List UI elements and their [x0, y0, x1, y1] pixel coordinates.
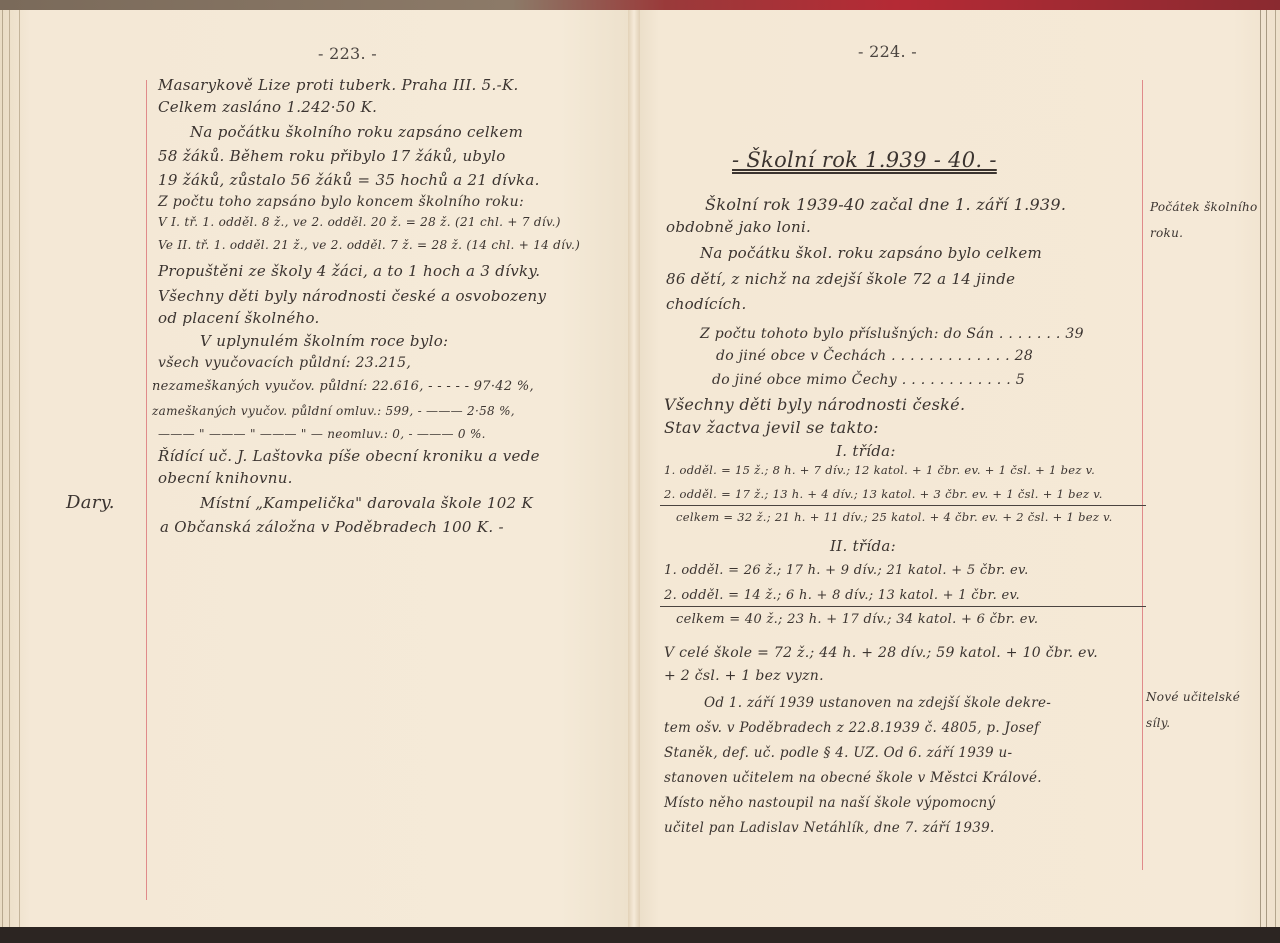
scan-background [0, 927, 1280, 943]
text-line: V uplynulém školním roce bylo: [200, 332, 448, 350]
text-line: všech vyučovacích půldní: 23.215, [158, 355, 411, 371]
text-line: 19 žáků, zůstalo 56 žáků = 35 hochů a 21… [158, 171, 540, 189]
text-line: chodících. [666, 295, 747, 313]
margin-note: Počátek školního [1150, 200, 1258, 214]
text-line: Celkem zasláno 1.242·50 K. [158, 98, 377, 116]
margin-note: roku. [1150, 226, 1183, 240]
text-line: ——— " ——— " ——— " — neomluv.: 0, - ——— 0… [158, 427, 486, 441]
right-page-edges [1260, 10, 1276, 927]
margin-note-dary: Dary. [66, 492, 115, 513]
margin-note: Nové učitelské [1146, 690, 1240, 704]
class-1-heading: I. třída: [836, 442, 896, 460]
text-line: 86 dětí, z nichž na zdejší škole 72 a 14… [666, 270, 1015, 288]
school-summary: + 2 čsl. + 1 bez vyzn. [664, 668, 824, 684]
text-line: Z počtu tohoto bylo příslušných: do Sán … [700, 326, 1084, 342]
text-line: Stav žactva jevil se takto: [664, 418, 879, 437]
text-line: tem ošv. v Poděbradech z 22.8.1939 č. 48… [664, 720, 1039, 736]
right-margin-line [1142, 80, 1143, 870]
text-line: do jiné obce v Čechách . . . . . . . . .… [716, 348, 1033, 364]
class-1-total-rule [660, 505, 1146, 506]
text-line: od placení školného. [158, 309, 320, 327]
text-line: Masarykově Lize proti tuberk. Praha III.… [158, 76, 519, 94]
class-2-row: 2. odděl. = 14 ž.; 6 h. + 8 dív.; 13 kat… [664, 588, 1020, 603]
text-line: 58 žáků. Během roku přibylo 17 žáků, uby… [158, 147, 506, 165]
text-line: Školní rok 1939-40 začal dne 1. září 1.9… [705, 195, 1066, 214]
text-line: do jiné obce mimo Čechy . . . . . . . . … [712, 372, 1025, 388]
text-line: Řídící uč. J. Laštovka píše obecní kroni… [158, 447, 540, 465]
text-line: nezameškaných vyučov. půldní: 22.616, - … [152, 379, 534, 394]
text-line: Staněk, def. uč. podle § 4. UZ. Od 6. zá… [664, 745, 1012, 761]
text-line: učitel pan Ladislav Netáhlík, dne 7. zář… [664, 820, 995, 836]
text-line: Všechny děti byly národnosti české. [664, 395, 965, 414]
text-line: Od 1. září 1939 ustanoven na zdejší škol… [704, 695, 1051, 711]
text-line: Propuštěni ze školy 4 žáci, a to 1 hoch … [158, 262, 540, 280]
margin-note: síly. [1146, 716, 1170, 730]
left-page-edges [2, 10, 20, 927]
text-line: obdobně jako loni. [666, 218, 811, 236]
text-line: Ve II. tř. 1. odděl. 21 ž., ve 2. odděl.… [158, 238, 580, 252]
class-2-row: 1. odděl. = 26 ž.; 17 h. + 9 dív.; 21 ka… [664, 563, 1029, 578]
text-line: Místní „Kampelička" darovala škole 102 K [200, 494, 533, 512]
school-summary: V celé škole = 72 ž.; 44 h. + 28 dív.; 5… [664, 645, 1098, 661]
text-line: obecní knihovnu. [158, 469, 293, 487]
text-line: Z počtu toho zapsáno bylo koncem školníh… [158, 194, 524, 210]
class-2-heading: II. třída: [830, 537, 896, 555]
page-number-right: - 224. - [858, 42, 917, 61]
section-title: - Školní rok 1.939 - 40. - [732, 148, 997, 172]
text-line: stanoven učitelem na obecné škole v Měst… [664, 770, 1042, 786]
class-1-total: celkem = 32 ž.; 21 h. + 11 dív.; 25 kato… [676, 510, 1113, 524]
book-gutter [628, 10, 640, 927]
page-number-left: - 223. - [318, 44, 377, 63]
text-line: zameškaných vyučov. půldní omluv.: 599, … [152, 404, 515, 418]
text-line: Na počátku škol. roku zapsáno bylo celke… [700, 244, 1042, 262]
text-line: V I. tř. 1. odděl. 8 ž., ve 2. odděl. 20… [158, 215, 561, 229]
text-line: Všechny děti byly národnosti české a osv… [158, 287, 546, 305]
class-2-total: celkem = 40 ž.; 23 h. + 17 dív.; 34 kato… [676, 612, 1038, 627]
class-2-total-rule [660, 606, 1146, 607]
text-line: a Občanská záložna v Poděbradech 100 K. … [160, 518, 504, 536]
text-line: Místo něho nastoupil na naší škole výpom… [664, 795, 995, 811]
class-1-row: 2. odděl. = 17 ž.; 13 h. + 4 dív.; 13 ka… [664, 487, 1103, 501]
left-margin-line [146, 80, 147, 900]
text-line: Na počátku školního roku zapsáno celkem [190, 123, 523, 141]
class-1-row: 1. odděl. = 15 ž.; 8 h. + 7 dív.; 12 kat… [664, 463, 1095, 477]
